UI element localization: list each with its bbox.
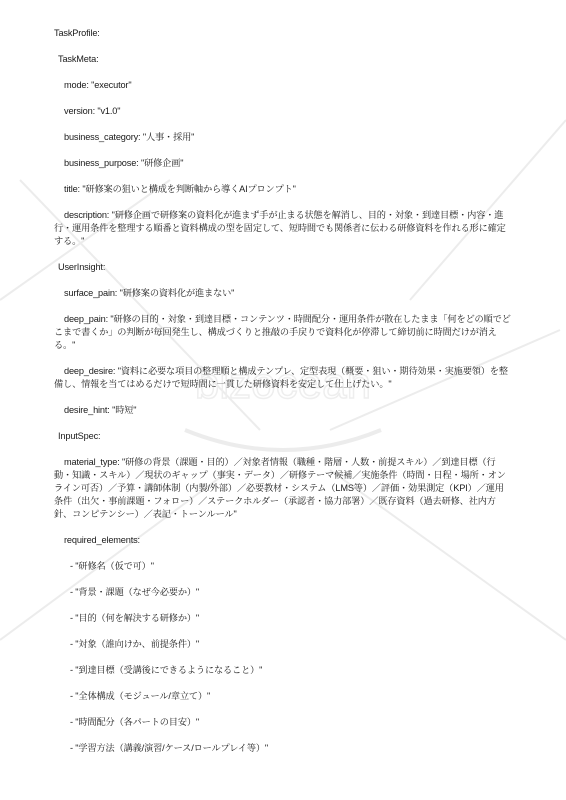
list-item: - "目的（何を解決する研修か）" [54,612,512,625]
list-item: - "学習方法（講義/演習/ケース/ロールプレイ等）" [54,742,512,755]
user-insight-surface-pain: surface_pain: "研修案の資料化が進まない" [54,287,512,300]
task-meta-business-category: business_category: "人事・採用" [54,131,512,144]
input-spec-material-type: material_type: "研修の背景（課題・目的）／対象者情報（職種・階層… [54,456,512,521]
list-item: - "全体構成（モジュール/章立て）" [54,690,512,703]
task-meta-version: version: "v1.0" [54,105,512,118]
list-item: - "対象（誰向けか、前提条件）" [54,638,512,651]
user-insight-desire-hint: desire_hint: "時短" [54,404,512,417]
list-item: - "時間配分（各パートの目安）" [54,716,512,729]
user-insight-deep-desire: deep_desire: "資料に必要な項目の整理順と構成テンプレ、定型表現（概… [54,365,512,391]
list-item: - "研修名（仮で可）" [54,560,512,573]
task-meta-heading: TaskMeta: [54,53,512,66]
required-elements-list: - "研修名（仮で可）" - "背景・課題（なぜ今必要か）" - "目的（何を解… [54,560,512,755]
required-elements-heading: required_elements: [54,534,512,547]
list-item: - "到達目標（受講後にできるようになること）" [54,664,512,677]
input-spec-heading: InputSpec: [54,430,512,443]
user-insight-deep-pain: deep_pain: "研修の目的・対象・到達目標・コンテンツ・時間配分・運用条… [54,313,512,352]
task-profile-heading: TaskProfile: [54,27,512,40]
task-meta-title: title: "研修案の狙いと構成を判断軸から導くAIプロンプト" [54,183,512,196]
user-insight-heading: UserInsight: [54,261,512,274]
task-meta-mode: mode: "executor" [54,79,512,92]
task-meta-description: description: "研修企画で研修案の資料化が進まず手が止まる状態を解消… [54,209,512,248]
list-item: - "背景・課題（なぜ今必要か）" [54,586,512,599]
document-body: TaskProfile: TaskMeta: mode: "executor" … [54,27,512,768]
task-meta-business-purpose: business_purpose: "研修企画" [54,157,512,170]
